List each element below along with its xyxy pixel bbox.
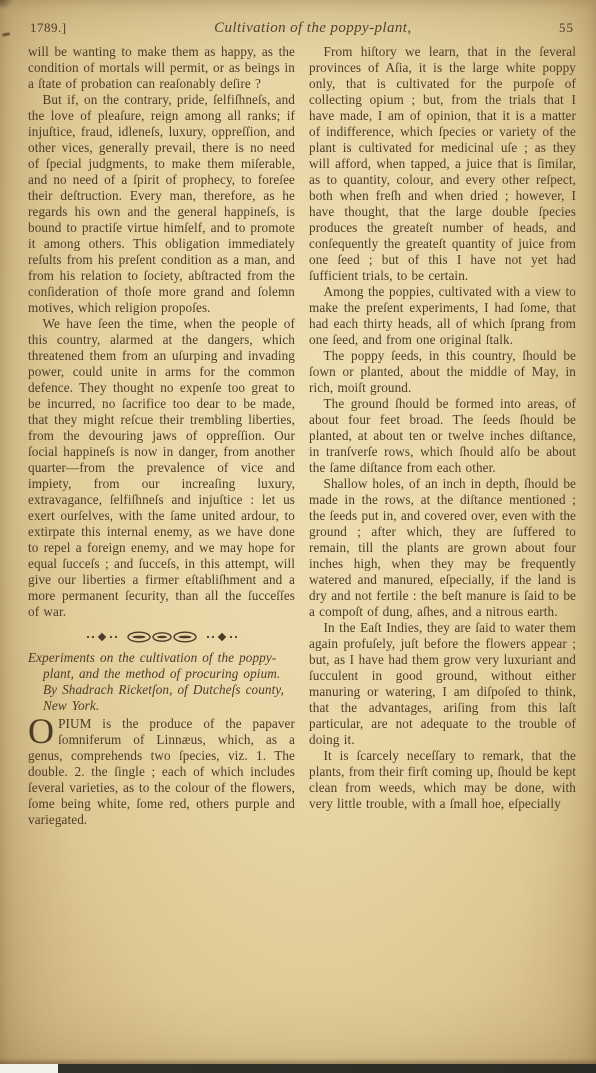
paragraph: The poppy ſeeds, in this country, ſhould… — [309, 348, 576, 396]
opening-text: PIUM is the produce of the papaver ſomni… — [28, 716, 295, 827]
scan-corner-smudge — [0, 0, 14, 10]
page-header: 1789.] Cultivation of the poppy-plant, 5… — [30, 20, 574, 37]
scan-bottom-edge — [0, 1064, 596, 1073]
drop-cap: O — [28, 716, 58, 745]
text-columns: will be wanting to make them as happy, a… — [28, 44, 576, 1047]
page-number: 55 — [559, 20, 574, 36]
right-column: From hiſtory we learn, that in the ſever… — [309, 44, 576, 1047]
paragraph: In the Eaſt Indies, they are ſaid to wat… — [309, 620, 576, 748]
magazine-page-scan: 1789.] Cultivation of the poppy-plant, 5… — [0, 0, 596, 1073]
paragraph: will be wanting to make them as happy, a… — [28, 44, 295, 92]
paragraph: But if, on the contrary, pride, ſelfiſhn… — [28, 92, 295, 316]
article-heading: Experiments on the cultivation of the po… — [28, 650, 295, 714]
section-divider-ornament — [82, 630, 242, 644]
paragraph: We have ſeen the time, when the people o… — [28, 316, 295, 620]
paragraph: Shallow holes, of an inch in depth, ſhou… — [309, 476, 576, 620]
margin-ink-mark — [2, 32, 10, 37]
paragraph: From hiſtory we learn, that in the ſever… — [309, 44, 576, 284]
opening-paragraph: OPIUM is the produce of the papaver ſomn… — [28, 716, 295, 828]
paragraph: It is ſcarcely neceſſary to remark, that… — [309, 748, 576, 812]
paragraph: The ground ſhould be formed into areas, … — [309, 396, 576, 476]
running-title: Cultivation of the poppy-plant, — [214, 20, 411, 37]
paragraph: Among the poppies, cultivated with a vie… — [309, 284, 576, 348]
left-column: will be wanting to make them as happy, a… — [28, 44, 295, 1047]
header-year: 1789.] — [30, 20, 67, 36]
